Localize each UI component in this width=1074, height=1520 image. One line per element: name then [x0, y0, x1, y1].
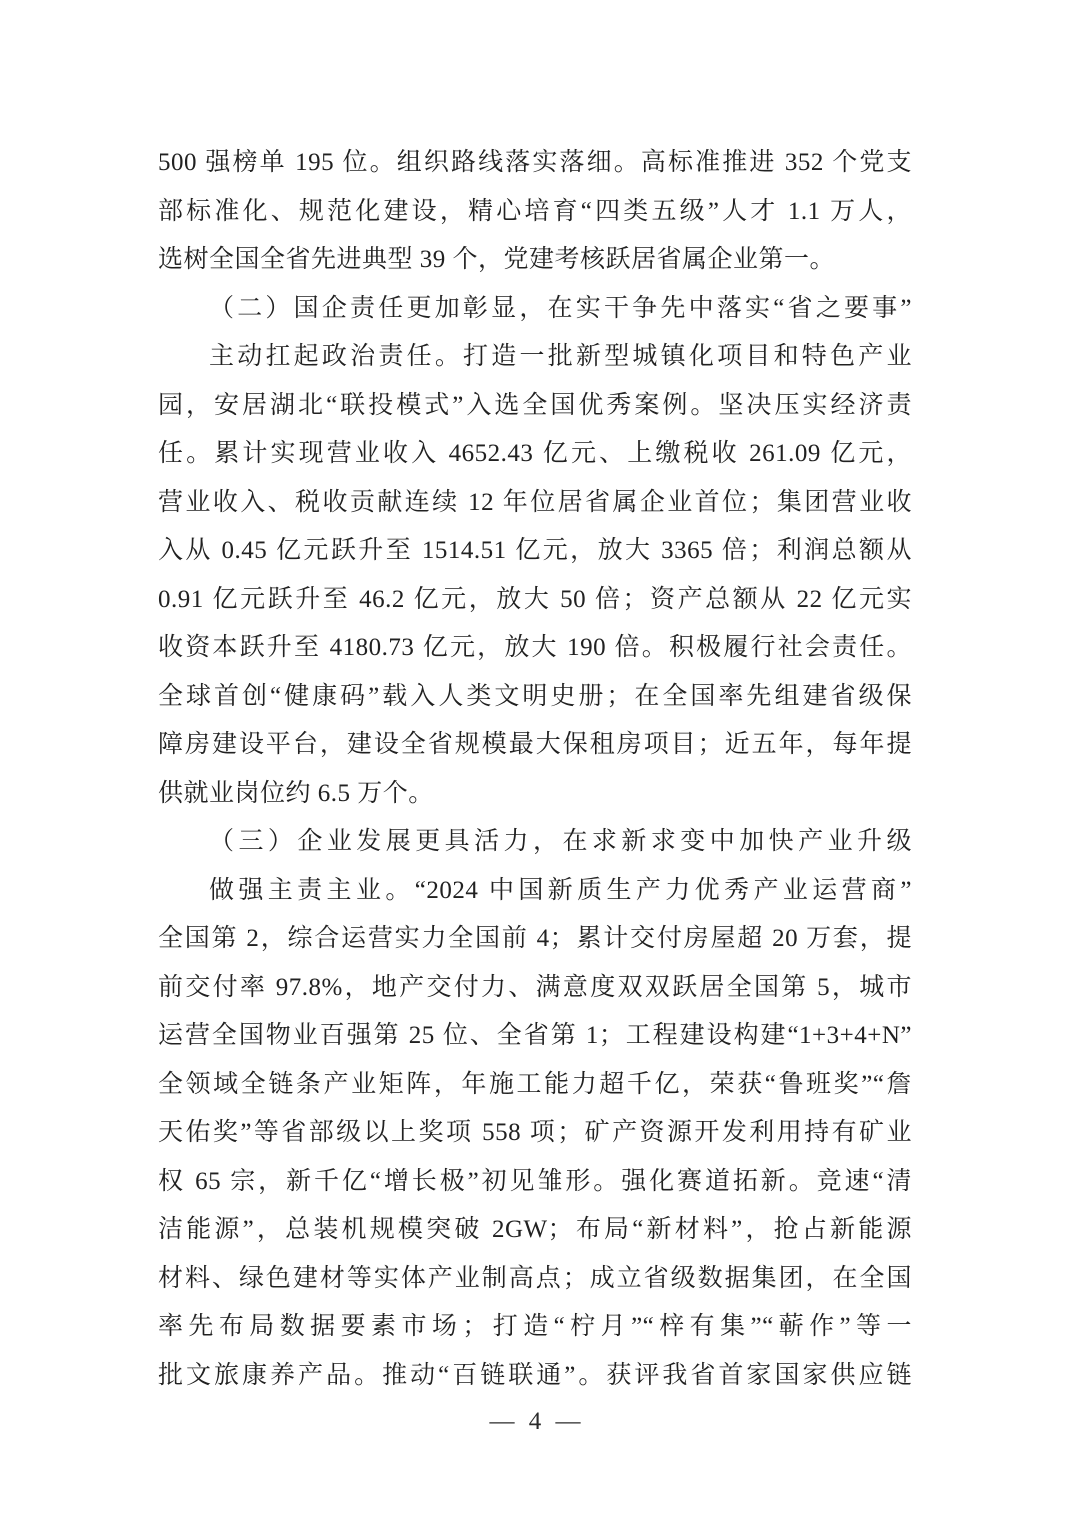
section-heading-3: （三）企业发展更具活力，在求新求变中加快产业升级: [158, 818, 912, 867]
text-line: 天佑奖”等省部级以上奖项 558 项；矿产资源开发利用持有矿业: [158, 1109, 912, 1158]
text-line: 全领域全链条产业矩阵，年施工能力超千亿，荣获“鲁班奖”“詹: [158, 1061, 912, 1110]
text-line: 收资本跃升至 4180.73 亿元，放大 190 倍。积极履行社会责任。: [158, 624, 912, 673]
text-line: 500 强榜单 195 位。组织路线落实落细。高标准推进 352 个党支: [158, 139, 912, 188]
text-line: 营业收入、税收贡献连续 12 年位居省属企业首位；集团营业收: [158, 479, 912, 528]
text-line: 权 65 宗，新千亿“增长极”初见雏形。强化赛道拓新。竞速“清: [158, 1158, 912, 1207]
text-line: 0.91 亿元跃升至 46.2 亿元，放大 50 倍；资产总额从 22 亿元实: [158, 576, 912, 625]
text-line: 任。累计实现营业收入 4652.43 亿元、上缴税收 261.09 亿元，: [158, 430, 912, 479]
page-number: — 4 —: [0, 1408, 1074, 1436]
section-heading-2: （二）国企责任更加彰显，在实干争先中落实“省之要事”: [158, 285, 912, 334]
text-line: 全国第 2，综合运营实力全国前 4；累计交付房屋超 20 万套，提: [158, 915, 912, 964]
text-line: 材料、绿色建材等实体产业制高点；成立省级数据集团，在全国: [158, 1255, 912, 1304]
text-line: 洁能源”，总装机规模突破 2GW；布局“新材料”，抢占新能源: [158, 1206, 912, 1255]
text-line: 做强主责主业。“2024 中国新质生产力优秀产业运营商”: [158, 867, 912, 916]
text-line: 供就业岗位约 6.5 万个。: [158, 770, 912, 819]
text-line: 障房建设平台，建设全省规模最大保租房项目；近五年，每年提: [158, 721, 912, 770]
text-line: 主动扛起政治责任。打造一批新型城镇化项目和特色产业: [158, 333, 912, 382]
text-line: 前交付率 97.8%，地产交付力、满意度双双跃居全国第 5，城市: [158, 964, 912, 1013]
text-line: 率先布局数据要素市场；打造“柠月”“梓有集”“蕲作”等一: [158, 1303, 912, 1352]
document-page: 500 强榜单 195 位。组织路线落实落细。高标准推进 352 个党支 部标准…: [0, 0, 1074, 1520]
text-column: 500 强榜单 195 位。组织路线落实落细。高标准推进 352 个党支 部标准…: [158, 139, 912, 1400]
text-line: 园，安居湖北“联投模式”入选全国优秀案例。坚决压实经济责: [158, 382, 912, 431]
text-line: 全球首创“健康码”载入人类文明史册；在全国率先组建省级保: [158, 673, 912, 722]
text-line: 选树全国全省先进典型 39 个，党建考核跃居省属企业第一。: [158, 236, 912, 285]
text-line: 批文旅康养产品。推动“百链联通”。获评我省首家国家供应链: [158, 1352, 912, 1401]
text-line: 部标准化、规范化建设，精心培育“四类五级”人才 1.1 万人，: [158, 188, 912, 237]
text-line: 入从 0.45 亿元跃升至 1514.51 亿元，放大 3365 倍；利润总额从: [158, 527, 912, 576]
text-line: 运营全国物业百强第 25 位、全省第 1；工程建设构建“1+3+4+N”: [158, 1012, 912, 1061]
